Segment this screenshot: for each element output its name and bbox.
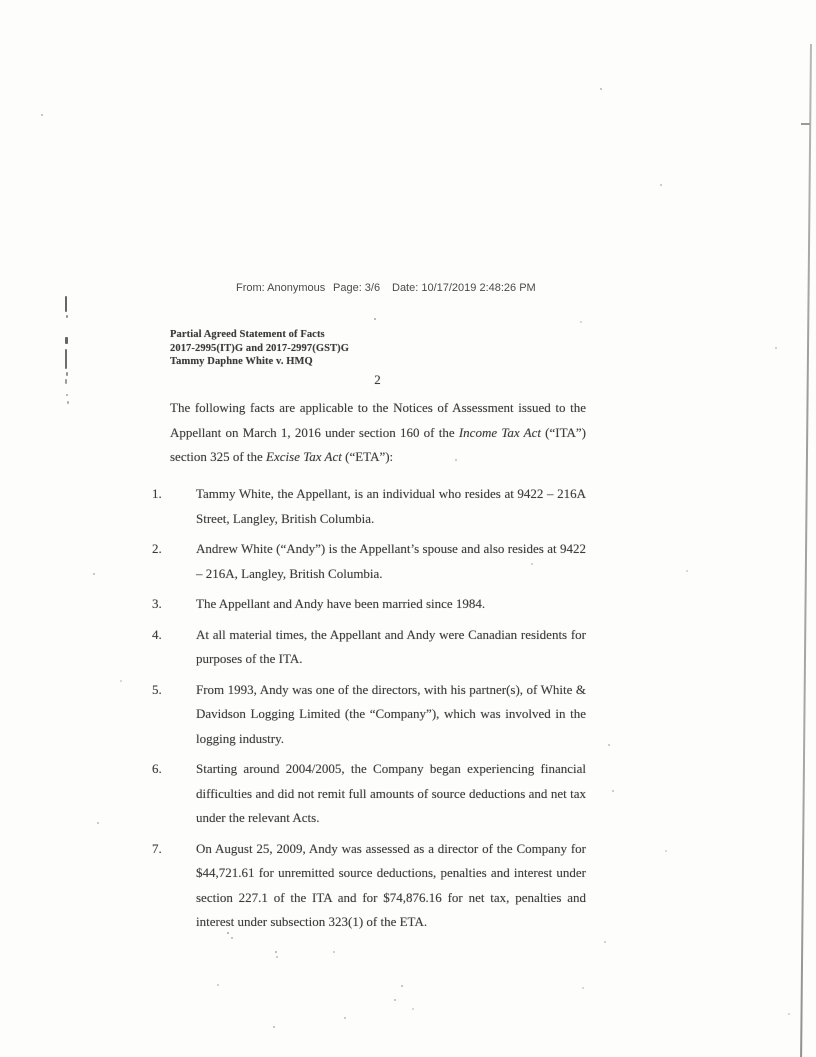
scan-speck xyxy=(120,680,122,682)
fact-item-4: 4. At all material times, the Appellant … xyxy=(152,623,586,672)
scan-margin-mark xyxy=(65,296,67,312)
fax-page-label: Page: 3/6 xyxy=(333,282,380,294)
scan-margin-mark xyxy=(65,349,67,369)
scan-speck xyxy=(344,1017,346,1019)
scan-speck xyxy=(273,1026,275,1028)
fact-item-7: 7. On August 25, 2009, Andy was assessed… xyxy=(152,837,586,935)
fact-text: From 1993, Andy was one of the directors… xyxy=(196,678,586,752)
scan-margin-mark xyxy=(66,394,68,396)
case-caption-parties: Tammy Daphne White v. HMQ xyxy=(170,355,349,369)
scan-speck xyxy=(401,985,403,987)
scan-speck xyxy=(580,321,582,323)
scan-speck xyxy=(608,744,610,746)
fact-item-6: 6. Starting around 2004/2005, the Compan… xyxy=(152,757,586,831)
intro-paragraph: The following facts are applicable to th… xyxy=(170,396,586,470)
scan-margin-mark xyxy=(65,379,67,384)
scan-margin-mark xyxy=(67,401,69,404)
scan-speck xyxy=(333,951,335,953)
scan-speck xyxy=(582,987,584,989)
fact-item-2: 2. Andrew White (“Andy”) is the Appellan… xyxy=(152,537,586,586)
scanned-document-page: From: Anonymous Page: 3/6 Date: 10/17/20… xyxy=(0,0,816,1057)
scan-speck xyxy=(276,956,278,958)
fact-number: 1. xyxy=(152,482,196,531)
fact-number: 5. xyxy=(152,678,196,752)
scan-speck xyxy=(97,822,99,824)
scan-speck xyxy=(41,114,43,116)
fact-text: On August 25, 2009, Andy was assessed as… xyxy=(196,837,586,935)
fact-number: 2. xyxy=(152,537,196,586)
case-caption-title: Partial Agreed Statement of Facts xyxy=(170,328,349,342)
fact-text: Starting around 2004/2005, the Company b… xyxy=(196,757,586,831)
scan-speck xyxy=(217,984,219,986)
excise-tax-act-title: Excise Tax Act xyxy=(266,449,342,464)
scan-speck xyxy=(394,999,396,1001)
fact-item-5: 5. From 1993, Andy was one of the direct… xyxy=(152,678,586,752)
scan-speck xyxy=(275,951,277,953)
fact-item-3: 3. The Appellant and Andy have been marr… xyxy=(152,592,586,617)
fax-from-label: From: Anonymous xyxy=(236,282,325,294)
scan-speck xyxy=(374,318,376,320)
scan-margin-mark xyxy=(66,372,68,376)
scan-speck xyxy=(600,88,602,90)
fax-header: From: Anonymous Page: 3/6 Date: 10/17/20… xyxy=(0,282,816,298)
scan-speck xyxy=(604,941,606,943)
scan-speck xyxy=(412,1008,414,1010)
fact-text: Andrew White (“Andy”) is the Appellant’s… xyxy=(196,537,586,586)
fact-item-1: 1. Tammy White, the Appellant, is an ind… xyxy=(152,482,586,531)
scan-speck xyxy=(665,850,667,852)
scan-margin-mark xyxy=(66,315,68,318)
scan-edge-line-artifact xyxy=(800,44,811,1057)
fax-date-label: Date: 10/17/2019 2:48:26 PM xyxy=(392,282,536,294)
scan-speck xyxy=(612,790,614,792)
scan-speck xyxy=(775,347,777,349)
facts-list: 1. Tammy White, the Appellant, is an ind… xyxy=(152,482,586,941)
case-caption: Partial Agreed Statement of Facts 2017-2… xyxy=(170,328,349,369)
fact-number: 4. xyxy=(152,623,196,672)
scan-speck xyxy=(788,1013,790,1015)
intro-text-3: (“ETA”): xyxy=(342,449,393,464)
page-number: 2 xyxy=(170,372,585,388)
scan-speck xyxy=(93,573,95,575)
fact-number: 3. xyxy=(152,592,196,617)
scan-edge-tick-artifact xyxy=(801,123,810,125)
fact-text: Tammy White, the Appellant, is an indivi… xyxy=(196,482,586,531)
fact-number: 7. xyxy=(152,837,196,935)
fact-text: At all material times, the Appellant and… xyxy=(196,623,586,672)
income-tax-act-title: Income Tax Act xyxy=(459,425,541,440)
fact-number: 6. xyxy=(152,757,196,831)
fact-text: The Appellant and Andy have been married… xyxy=(196,592,586,617)
scan-margin-mark xyxy=(65,337,68,344)
case-caption-court-numbers: 2017-2995(IT)G and 2017-2997(GST)G xyxy=(170,342,349,356)
scan-speck xyxy=(686,570,688,572)
scan-speck xyxy=(660,184,662,186)
